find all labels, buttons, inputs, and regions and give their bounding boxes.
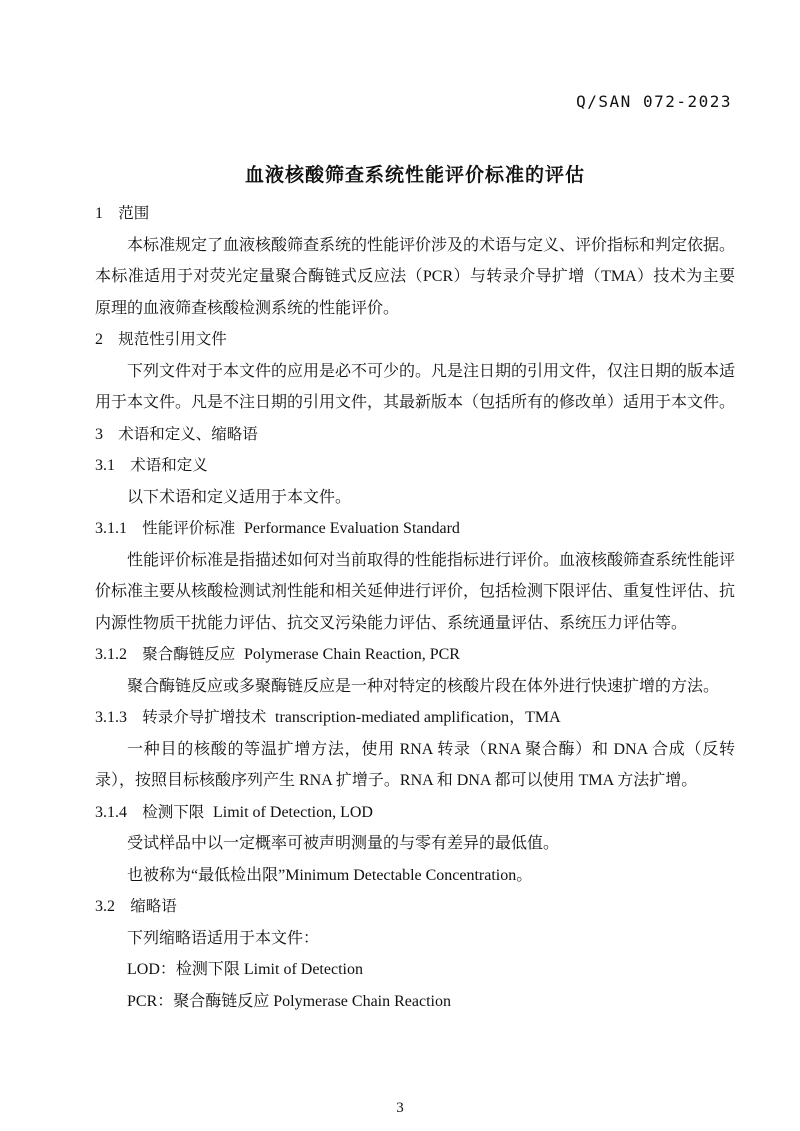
paragraph-abbreviation-lod: LOD：检测下限 Limit of Detection	[95, 954, 735, 986]
section-title-en: transcription-mediated amplification，TMA	[275, 709, 561, 726]
paragraph-pcr-definition: 聚合酶链反应或多聚酶链反应是一种对特定的核酸片段在体外进行快速扩增的方法。	[95, 671, 735, 703]
section-heading-3-1: 3.1术语和定义	[95, 450, 735, 482]
section-heading-3-1-2: 3.1.2聚合酶链反应Polymerase Chain Reaction, PC…	[95, 639, 735, 671]
section-number: 1	[95, 205, 103, 222]
section-title: 聚合酶链反应	[142, 646, 235, 663]
paragraph-lod-alias: 也被称为“最低检出限”Minimum Detectable Concentrat…	[95, 860, 735, 892]
paragraph-scope: 本标准规定了血液核酸筛查系统的性能评价涉及的术语与定义、评价指标和判定依据。本标…	[95, 230, 735, 325]
paragraph-abbreviations-intro: 下列缩略语适用于本文件：	[95, 923, 735, 955]
document-page: Q/SAN 072-2023 血液核酸筛查系统性能评价标准的评估 1范围 本标准…	[0, 0, 800, 1131]
section-heading-3-1-1: 3.1.1性能评价标准Performance Evaluation Standa…	[95, 513, 735, 545]
section-number: 3	[95, 426, 103, 443]
section-heading-3: 3术语和定义、缩略语	[95, 419, 735, 451]
document-content: 血液核酸筛查系统性能评价标准的评估 1范围 本标准规定了血液核酸筛查系统的性能评…	[95, 162, 735, 1017]
section-heading-1: 1范围	[95, 198, 735, 230]
section-number: 3.1	[95, 457, 115, 474]
page-title: 血液核酸筛查系统性能评价标准的评估	[95, 162, 735, 190]
section-number: 3.1.4	[95, 804, 127, 821]
paragraph-abbreviation-pcr: PCR：聚合酶链反应 Polymerase Chain Reaction	[95, 986, 735, 1018]
paragraph-terms-intro: 以下术语和定义适用于本文件。	[95, 482, 735, 514]
paragraph-normative-references: 下列文件对于本文件的应用是必不可少的。凡是注日期的引用文件，仅注日期的版本适用于…	[95, 356, 735, 419]
section-heading-3-2: 3.2缩略语	[95, 891, 735, 923]
section-number: 3.1.1	[95, 520, 127, 537]
section-title: 规范性引用文件	[118, 331, 227, 348]
section-title: 检测下限	[142, 804, 204, 821]
section-number: 3.1.2	[95, 646, 127, 663]
section-heading-3-1-4: 3.1.4检测下限Limit of Detection, LOD	[95, 797, 735, 829]
section-title: 术语和定义	[130, 457, 208, 474]
section-heading-3-1-3: 3.1.3转录介导扩增技术transcription-mediated ampl…	[95, 702, 735, 734]
section-title: 范围	[118, 205, 149, 222]
section-number: 3.1.3	[95, 709, 127, 726]
section-title-en: Limit of Detection, LOD	[213, 804, 373, 821]
section-title: 转录介导扩增技术	[142, 709, 266, 726]
section-title-en: Performance Evaluation Standard	[244, 520, 460, 537]
section-title: 性能评价标准	[142, 520, 235, 537]
paragraph-performance-standard: 性能评价标准是指描述如何对当前取得的性能指标进行评价。血液核酸筛查系统性能评价标…	[95, 545, 735, 640]
section-number: 3.2	[95, 898, 115, 915]
section-title-en: Polymerase Chain Reaction, PCR	[244, 646, 460, 663]
section-title: 缩略语	[130, 898, 177, 915]
section-heading-2: 2规范性引用文件	[95, 324, 735, 356]
section-title: 术语和定义、缩略语	[118, 426, 258, 443]
section-number: 2	[95, 331, 103, 348]
doc-number: Q/SAN 072-2023	[576, 92, 732, 111]
paragraph-lod-definition: 受试样品中以一定概率可被声明测量的与零有差异的最低值。	[95, 828, 735, 860]
paragraph-tma-definition: 一种目的核酸的等温扩增方法，使用 RNA 转录（RNA 聚合酶）和 DNA 合成…	[95, 734, 735, 797]
page-number: 3	[0, 1100, 800, 1117]
